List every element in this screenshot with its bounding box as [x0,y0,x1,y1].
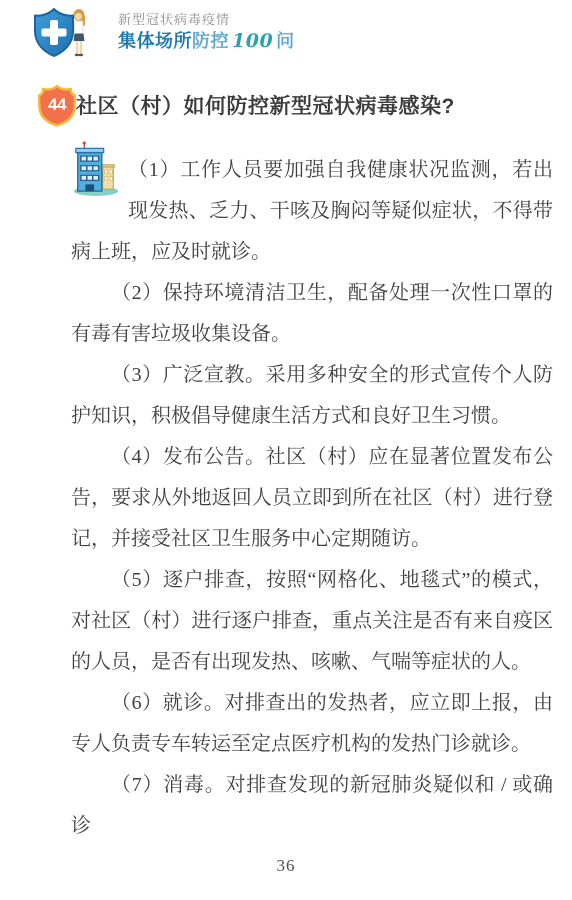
header-title-bold: 集体场所 [118,31,192,51]
paragraph-text: （2）保持环境清洁卫生，配备处理一次性口罩的有毒有害垃圾收集设备。 [71,282,553,345]
header-title-end: 问 [276,31,295,51]
paragraph-text: （6）就诊。对排查出的发热者，应立即上报，由专人负责专车转运至定点医疗机构的发热… [71,692,553,755]
paragraph-text: （4）发布公告。社区（村）应在显著位置发布公告，要求从外地返回人员立即到所在社区… [71,446,553,550]
question-title: 社区（村）如何防控新型冠状病毒感染? [76,90,455,120]
shield-cross [35,9,73,56]
paragraph-text: （7）消毒。对排查发现的新冠肺炎疑似和 / 或确诊 [71,774,553,837]
page-header: 新型冠状病毒疫情 集体场所防控100问 [32,6,295,62]
body-paragraph: （4）发布公告。社区（村）应在显著位置发布公告，要求从外地返回人员立即到所在社区… [71,437,553,560]
body-content: （1）工作人员要加强自我健康状况监测，若出现发热、乏力、干咳及胸闷等疑似症状，不… [71,150,553,847]
header-title-number: 100 [232,30,273,52]
shield-cross-nurse-icon [32,6,92,62]
paragraph-text: （3）广泛宣教。采用多种安全的形式宣传个人防护知识，积极倡导健康生活方式和良好卫… [71,364,553,427]
body-paragraph: （7）消毒。对排查发现的新冠肺炎疑似和 / 或确诊 [71,765,553,847]
question-row: 44 社区（村）如何防控新型冠状病毒感染? [38,83,455,127]
booklet-page: 新型冠状病毒疫情 集体场所防控100问 44 社区（村）如何防控新型冠状病毒感染… [0,0,572,900]
body-paragraph: （2）保持环境清洁卫生，配备处理一次性口罩的有毒有害垃圾收集设备。 [71,273,553,355]
body-paragraph: （3）广泛宣教。采用多种安全的形式宣传个人防护知识，积极倡导健康生活方式和良好卫… [71,355,553,437]
question-number: 44 [48,95,66,115]
page-number: 36 [0,856,572,876]
body-paragraph: （5）逐户排查，按照“网格化、地毯式”的模式，对社区（村）进行逐户排查，重点关注… [71,560,553,683]
question-number-badge: 44 [38,83,76,127]
body-paragraph: （6）就诊。对排查出的发热者，应立即上报，由专人负责专车转运至定点医疗机构的发热… [71,683,553,765]
header-title: 集体场所防控100问 [118,29,295,54]
nurse-figure [74,9,86,56]
body-paragraph: （1）工作人员要加强自我健康状况监测，若出现发热、乏力、干咳及胸闷等疑似症状，不… [71,150,553,273]
buildings-icon [71,141,121,197]
header-title-mid: 防控 [192,31,229,51]
header-subtitle: 新型冠状病毒疫情 [118,12,295,29]
header-title-block: 新型冠状病毒疫情 集体场所防控100问 [118,6,295,54]
paragraph-text: （5）逐户排查，按照“网格化、地毯式”的模式，对社区（村）进行逐户排查，重点关注… [71,569,553,673]
paragraph-text: （1）工作人员要加强自我健康状况监测，若出现发热、乏力、干咳及胸闷等疑似症状，不… [71,159,553,263]
